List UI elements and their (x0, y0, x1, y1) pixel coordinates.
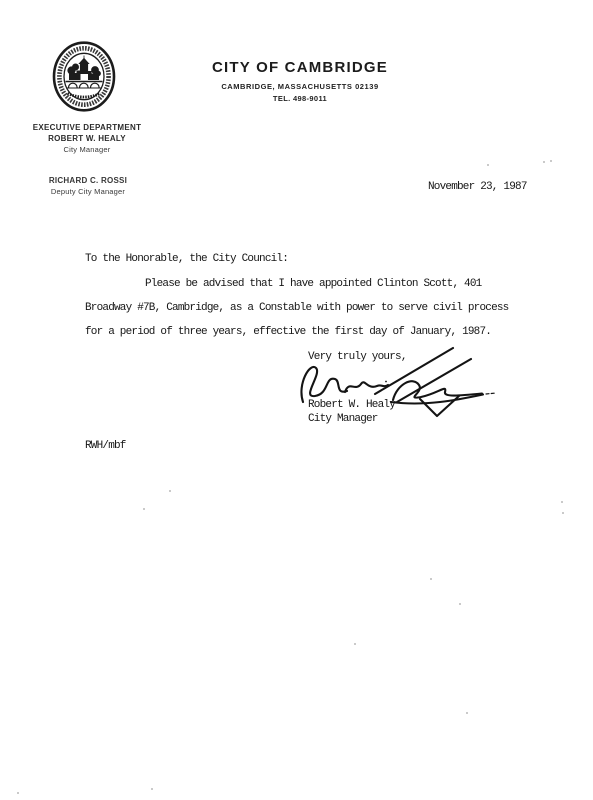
scan-speck (430, 578, 432, 580)
scan-speck (562, 512, 564, 514)
letter-page: CITY OF CAMBRIDGE CAMBRIDGE, MASSACHUSET… (0, 0, 593, 800)
body-line: for a period of three years, effective t… (85, 326, 491, 339)
scan-speck (459, 603, 461, 605)
scan-speck (354, 643, 356, 645)
typist-initials: RWH/mbf (85, 440, 126, 453)
scan-speck (169, 490, 171, 492)
scan-speck (543, 161, 545, 163)
scan-speck (466, 712, 468, 714)
letterhead: CITY OF CAMBRIDGE CAMBRIDGE, MASSACHUSET… (150, 59, 450, 103)
body-line: Broadway #7B, Cambridge, as a Constable … (85, 302, 508, 315)
letter-date: November 23, 1987 (428, 181, 527, 194)
signer-name: Robert W. Healy (308, 399, 395, 412)
deputy-manager-title: Deputy City Manager (13, 187, 163, 197)
city-seal-icon (52, 41, 116, 112)
letterhead-address: CAMBRIDGE, MASSACHUSETTS 02139 (150, 82, 450, 91)
executive-department-block: EXECUTIVE DEPARTMENT ROBERT W. HEALY Cit… (12, 123, 162, 155)
salutation: To the Honorable, the City Council: (85, 253, 288, 266)
scan-speck (487, 164, 489, 166)
deputy-manager-block: RICHARD C. ROSSI Deputy City Manager (13, 175, 163, 197)
body-line: Please be advised that I have appointed … (145, 278, 481, 291)
scan-speck (17, 792, 19, 794)
scan-speck (143, 508, 145, 510)
city-manager-title: City Manager (12, 145, 162, 155)
department-label: EXECUTIVE DEPARTMENT (12, 123, 162, 133)
deputy-manager-name: RICHARD C. ROSSI (13, 176, 163, 186)
signer-title: City Manager (308, 413, 378, 426)
city-manager-name: ROBERT W. HEALY (12, 134, 162, 144)
scan-speck (151, 788, 153, 790)
scan-speck (561, 501, 563, 503)
letterhead-city-title: CITY OF CAMBRIDGE (150, 59, 450, 76)
letterhead-phone: TEL. 498-9011 (150, 94, 450, 103)
scan-speck (550, 160, 552, 162)
